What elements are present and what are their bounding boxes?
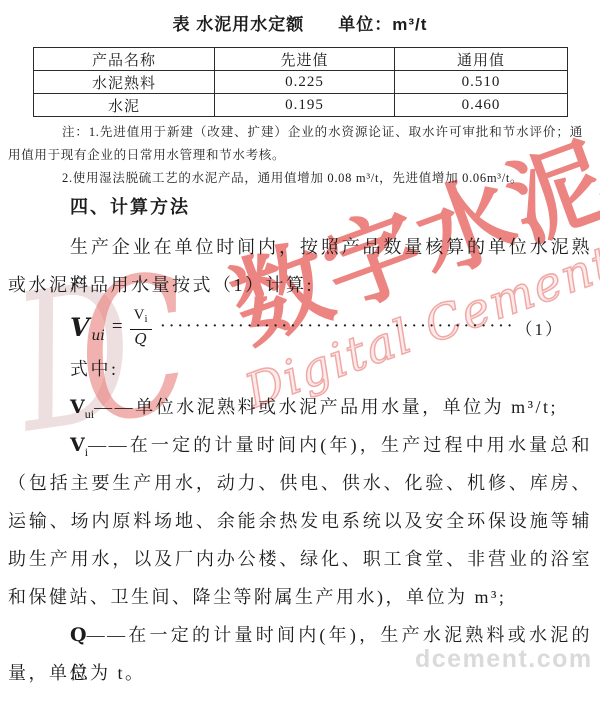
fraction-denominator: Q bbox=[134, 330, 146, 348]
paragraph-block-definitions: 式中:Vui——单位水泥熟料或水泥产品用水量，单位为 m³/t;Vi——在一定的… bbox=[8, 350, 592, 692]
body-line-text: 式中: bbox=[70, 359, 119, 379]
body-line-text: 助生产用水，以及厂内办公楼、绿化、职工食堂、非营业的浴室 bbox=[8, 549, 592, 569]
formula-variable-v: V bbox=[70, 313, 89, 342]
body-line-var: V bbox=[70, 434, 85, 456]
body-line-text: （包括主要生产用水，动力、供电、供水、化验、机修、库房、 bbox=[8, 473, 592, 493]
body-line-sub: ui bbox=[85, 407, 94, 421]
body-line: 助生产用水，以及厂内办公楼、绿化、职工食堂、非营业的浴室 bbox=[8, 540, 592, 578]
formula-subscript-ui: ui bbox=[91, 328, 105, 344]
body-line-text: 运输、场内原料场地、余能余热发电系统以及安全环保设施等辅 bbox=[8, 511, 592, 531]
table-cell: 0.510 bbox=[395, 71, 568, 94]
body-line: 或水泥产品用水量按式（1）计算: bbox=[8, 266, 592, 304]
table-header-cell: 通用值 bbox=[395, 48, 568, 71]
body-line: 量，单位为 t。 bbox=[8, 654, 592, 692]
table-title: 表 水泥用水定额单位：m³/t bbox=[8, 10, 592, 40]
body-line-var: V bbox=[70, 396, 85, 418]
body-line: 和保健站、卫生间、降尘等附属生产用水)，单位为 m³; bbox=[8, 578, 592, 616]
formula-fraction: Vi Q bbox=[130, 307, 152, 348]
document-page: DC 数字水泥 Digital Cement dcement.com 表 水泥用… bbox=[0, 0, 600, 703]
table-cell: 水泥熟料 bbox=[34, 71, 215, 94]
table-header-cell: 先进值 bbox=[215, 48, 395, 71]
table-title-unit: 单位：m³/t bbox=[338, 15, 427, 34]
fraction-numerator: Vi bbox=[130, 307, 152, 330]
body-line-text: 和保健站、卫生间、降尘等附属生产用水)，单位为 m³; bbox=[8, 587, 506, 607]
body-line: 生产企业在单位时间内，按照产品数量核算的单位水泥熟料 bbox=[8, 228, 592, 266]
water-quota-table: 产品名称先进值通用值 水泥熟料0.2250.510水泥0.1950.460 bbox=[33, 47, 568, 117]
table-note-1: 注：1.先进值用于新建（改建、扩建）企业的水资源论证、取水许可审批和节水评价；通… bbox=[8, 121, 583, 167]
body-line-var: Q bbox=[70, 624, 87, 646]
body-line: Vui——单位水泥熟料或水泥产品用水量，单位为 m³/t; bbox=[8, 388, 592, 426]
table-row: 水泥0.1950.460 bbox=[34, 94, 568, 117]
table-title-text: 表 水泥用水定额 bbox=[173, 15, 305, 34]
body-line-text: ——单位水泥熟料或水泥产品用水量，单位为 m³/t; bbox=[94, 397, 558, 417]
body-line: 式中: bbox=[8, 350, 592, 388]
body-line-text: 或水泥产品用水量按式（1）计算: bbox=[8, 275, 314, 295]
body-line-text: 量，单位为 t。 bbox=[8, 663, 146, 683]
table-cell: 0.460 bbox=[395, 94, 568, 117]
formula-number: （1） bbox=[516, 315, 565, 340]
table-row: 水泥熟料0.2250.510 bbox=[34, 71, 568, 94]
dotted-leader: ········································… bbox=[161, 319, 512, 335]
body-line-text: ——在一定的计量时间内(年)，生产过程中用水量总和 bbox=[88, 435, 592, 455]
table-header-cell: 产品名称 bbox=[34, 48, 215, 71]
numerator-base: V bbox=[134, 307, 145, 323]
table-note-2: 2.使用湿法脱硫工艺的水泥产品，通用值增加 0.08 m³/t，先进值增加 0.… bbox=[8, 167, 583, 190]
formula-lhs: Vui bbox=[70, 313, 105, 342]
paragraph-block-intro: 生产企业在单位时间内，按照产品数量核算的单位水泥熟料或水泥产品用水量按式（1）计… bbox=[8, 228, 592, 304]
numerator-subscript: i bbox=[144, 313, 147, 325]
table-cell: 0.195 bbox=[215, 94, 395, 117]
formula-1: Vui = Vi Q ·····························… bbox=[70, 304, 564, 350]
table-header-row: 产品名称先进值通用值 bbox=[34, 48, 568, 71]
section-heading: 四、计算方法 bbox=[70, 195, 592, 219]
body-line: Q——在一定的计量时间内(年)，生产水泥熟料或水泥的总 bbox=[8, 616, 592, 654]
equals-sign: = bbox=[112, 316, 123, 338]
document-content: 表 水泥用水定额单位：m³/t 产品名称先进值通用值 水泥熟料0.2250.51… bbox=[0, 10, 600, 692]
table-cell: 0.225 bbox=[215, 71, 395, 94]
table-cell: 水泥 bbox=[34, 94, 215, 117]
body-line: 运输、场内原料场地、余能余热发电系统以及安全环保设施等辅 bbox=[8, 502, 592, 540]
body-line: Vi——在一定的计量时间内(年)，生产过程中用水量总和 bbox=[8, 426, 592, 464]
body-line: （包括主要生产用水，动力、供电、供水、化验、机修、库房、 bbox=[8, 464, 592, 502]
